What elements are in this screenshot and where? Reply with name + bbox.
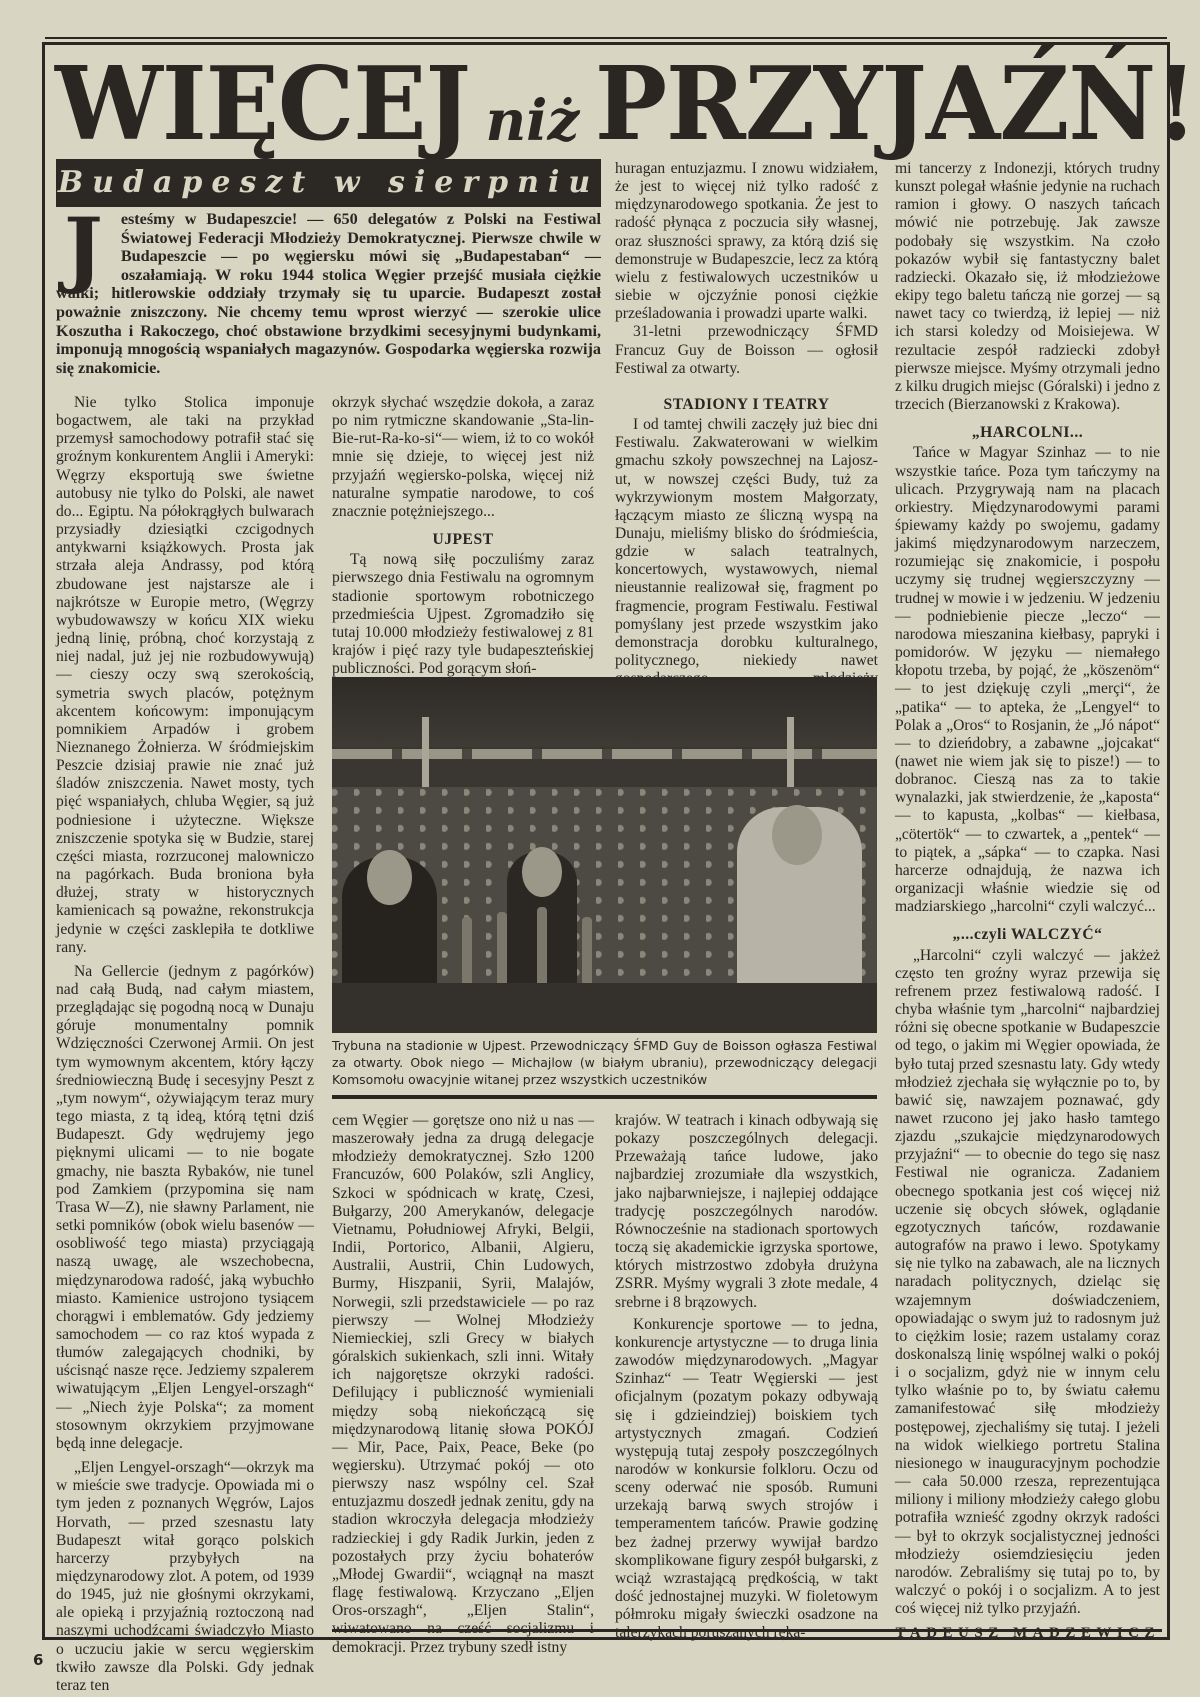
section-banner: Budapeszt w sierpniu: [56, 159, 601, 207]
lead-text: esteśmy w Budapeszcie! — 650 delegatów z…: [56, 210, 601, 377]
col4-paragraph-2: Tańce w Magyar Szinhaz — to nie wszystki…: [895, 444, 1160, 916]
drop-cap: J: [64, 214, 103, 284]
col2-paragraph-2: Tą nową siłę poczuliśmy zaraz pierwszego…: [332, 551, 594, 678]
headline: WIĘCEJ niż PRZYJAŹŃ!: [55, 50, 1165, 150]
photo-beam: [332, 749, 877, 759]
col1-paragraph-1: Nie tylko Stolica imponuje bogactwem, al…: [56, 394, 314, 957]
column-2-top: okrzyk słychać wszędzie dokoła, a zaraz …: [332, 394, 594, 678]
col3-paragraph-3: I od tamtej chwili zaczęły już biec dni …: [615, 416, 878, 707]
photo-head: [772, 805, 822, 865]
headline-part-2: niż: [485, 88, 579, 154]
col2-paragraph-1: okrzyk słychać wszędzie dokoła, a zaraz …: [332, 394, 594, 521]
section-heading-walczyc: „...czyli WALCZYĆ“: [895, 926, 1160, 944]
photo-railing: [332, 983, 877, 1033]
column-1: Nie tylko Stolica imponuje bogactwem, al…: [56, 394, 314, 1695]
col4-paragraph-1: mi tancerzy z Indonezji, których trudny …: [895, 160, 1160, 414]
photo-head: [367, 850, 412, 905]
lead-paragraph: J esteśmy w Budapeszcie! — 650 delegatów…: [56, 210, 601, 377]
col1-paragraph-3: „Eljen Lengyel-orszagh“—okrzyk ma w mieś…: [56, 1459, 314, 1695]
bottom-rule: [332, 1629, 1162, 1632]
headline-part-1: WIĘCEJ: [55, 44, 470, 163]
section-heading-ujpest: UJPEST: [332, 531, 594, 549]
top-double-rule: [45, 37, 1167, 39]
col2-bottom-paragraph: cem Węgier — gorętsze ono niż u nas — ma…: [332, 1112, 594, 1657]
column-4: mi tancerzy z Indonezji, których trudny …: [895, 160, 1160, 1643]
page-number: 6: [33, 1651, 43, 1669]
photo-caption: Trybuna na stadionie w Ujpest. Przewodni…: [332, 1037, 877, 1088]
section-heading-harcolni: „HARCOLNI...: [895, 424, 1160, 442]
col3-bottom-paragraph-1: krajów. W teatrach i kinach odbywają się…: [615, 1112, 878, 1312]
headline-part-3: PRZYJAŹŃ!: [595, 44, 1196, 163]
column-2-bottom: cem Węgier — gorętsze ono niż u nas — ma…: [332, 1112, 594, 1657]
col3-paragraph-2: 31-letni przewodniczący ŚFMD Francuz Guy…: [615, 323, 878, 377]
col3-bottom-paragraph-2: Konkurencje sportowe — to jedna, konkure…: [615, 1316, 878, 1643]
column-3-bottom: krajów. W teatrach i kinach odbywają się…: [615, 1112, 878, 1643]
section-heading-stadiony: STADIONY I TEATRY: [615, 396, 878, 414]
column-3-top: huragan entuzjazmu. I znowu widziałem, ż…: [615, 160, 878, 707]
photo-roof: [332, 677, 877, 747]
col3-paragraph-1: huragan entuzjazmu. I znowu widziałem, ż…: [615, 160, 878, 323]
photo-head: [522, 847, 562, 897]
col1-paragraph-2: Na Gellercie (jednym z pagórków) nad cał…: [56, 963, 314, 1453]
col4-paragraph-3: „Harcolni“ czyli walczyć — jakżeż często…: [895, 947, 1160, 1619]
stadium-tribune-photo: [332, 677, 877, 1033]
caption-rule: [332, 1095, 877, 1099]
author-byline: TADEUSZ MADZEWICZ: [895, 1624, 1160, 1642]
